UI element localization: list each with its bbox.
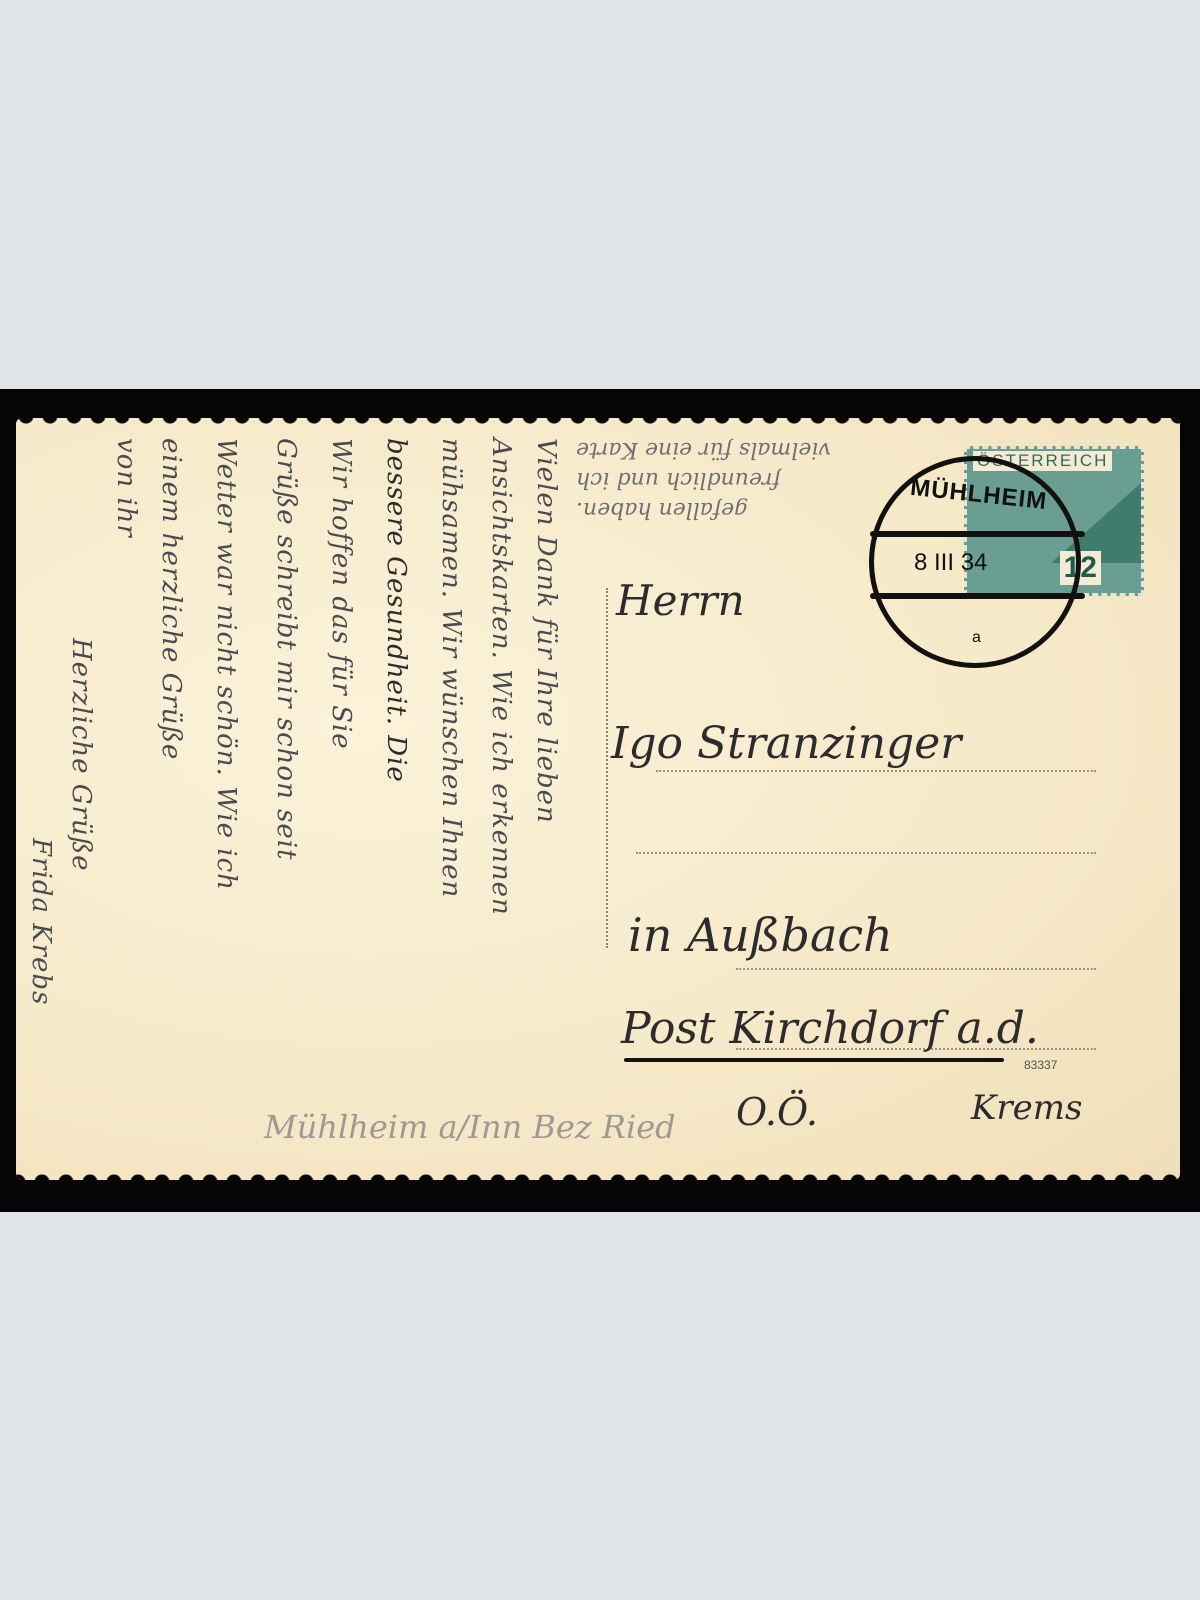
message-line: bessere Gesundheit. Die	[381, 438, 411, 783]
postmark-sub: a	[972, 629, 981, 647]
scalloped-edge-bottom	[16, 1172, 1180, 1180]
address-region-left: O.Ö.	[736, 1090, 818, 1134]
signature: Frida Krebs	[26, 838, 56, 1005]
message-line: Ansichtskarten. Wie ich erkennen	[486, 438, 516, 916]
address-line	[736, 968, 1096, 970]
address-line	[636, 852, 1096, 854]
upside-down-line: freundlich und ich	[576, 464, 831, 494]
address-salutation: Herrn	[616, 576, 745, 625]
message-line: Vielen Dank für Ihre lieben	[531, 438, 561, 824]
postmark-date: 8 III 34	[914, 549, 987, 577]
upside-down-note: gefallen haben. freundlich und ich vielm…	[576, 434, 831, 524]
address-place: in Außbach	[628, 908, 893, 962]
pencil-note: Mühlheim a/Inn Bez Ried	[264, 1108, 676, 1146]
address-post: Post Kirchdorf a.d.	[621, 1003, 1039, 1054]
address-name: Igo Stranzinger	[611, 718, 961, 769]
postmark-bar	[870, 593, 1085, 599]
address-divider	[606, 588, 608, 948]
postmark-town: MÜHLHEIM	[909, 474, 1049, 516]
message-line: Wetter war nicht schön. Wie ich	[211, 438, 241, 891]
message-line: von ihr	[111, 438, 141, 538]
upside-down-line: vielmals für eine Karte	[576, 434, 831, 464]
message-line: Herzliche Grüße	[66, 638, 96, 871]
message-line: Wir hoffen das für Sie	[326, 438, 356, 750]
address-region-right: Krems	[971, 1088, 1082, 1128]
message-line: mühsamen. Wir wünschen Ihnen	[436, 438, 466, 898]
postcard: gefallen haben. freundlich und ich vielm…	[16, 418, 1180, 1180]
postmark-bar	[870, 531, 1085, 537]
upside-down-line: gefallen haben.	[576, 494, 831, 524]
message-line: Grüße schreibt mir schon seit	[271, 438, 301, 861]
postmark: MÜHLHEIM 8 III 34 a	[869, 456, 1081, 668]
print-number: 83337	[1024, 1058, 1057, 1072]
scalloped-edge-top	[16, 418, 1180, 426]
address-underline	[624, 1058, 1004, 1062]
address-line	[656, 770, 1096, 772]
message-line: einem herzliche Grüße	[156, 438, 186, 760]
